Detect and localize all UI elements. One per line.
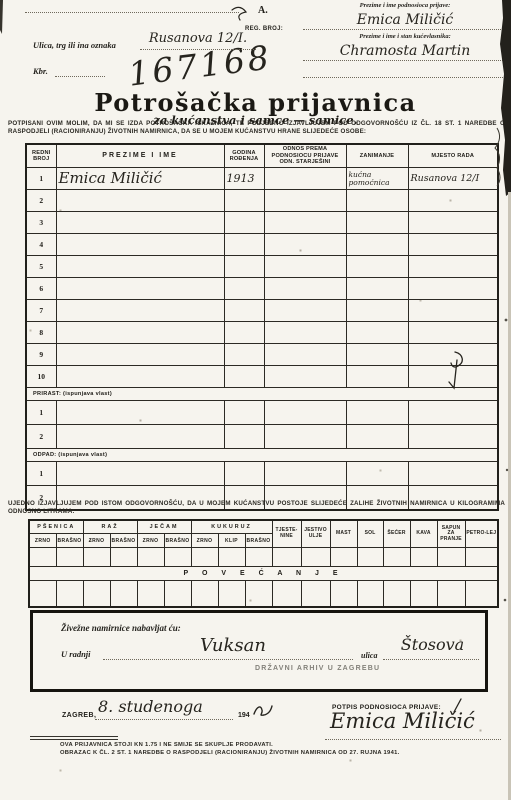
header-right-block: Prezime i ime podnosioca prijave: Emica … — [303, 2, 507, 78]
table-row: 2 — [26, 190, 498, 212]
signature-handwritten: Emica Miličić — [330, 709, 475, 733]
year-pen-mark — [252, 700, 274, 720]
col-header-prezime-ime: PREZIME I IME — [56, 144, 224, 168]
street-label: Ulica, trg ili ina oznaka — [33, 40, 116, 50]
street-handwritten: Rusanova 12/I. — [140, 31, 256, 50]
table-row: 1 — [26, 401, 498, 425]
col-secer: ŠEĆER — [383, 520, 410, 548]
supplies-empty-row — [29, 581, 498, 608]
row-number: 1 — [26, 168, 56, 190]
signature-blank-line — [325, 739, 501, 740]
table-row: 7 — [26, 300, 498, 322]
persons-table: REDNI BROJ PREZIME I IME GODINA ROĐENJA … — [25, 143, 499, 511]
cell-relation — [264, 168, 346, 190]
persons-header-row: REDNI BROJ PREZIME I IME GODINA ROĐENJA … — [26, 144, 498, 168]
col-group-jecam: JEČAM — [137, 520, 191, 534]
row-number: 5 — [26, 256, 56, 278]
povecanje-label: P O V E Ć A N J E — [29, 567, 498, 581]
table-row: 8 — [26, 322, 498, 344]
footer-separator-line — [30, 736, 118, 740]
col-sol: SOL — [357, 520, 383, 548]
date-blank-line — [95, 719, 233, 720]
archive-stamp: DRŽAVNI ARHIV U ZAGREBU — [255, 665, 380, 672]
supplies-group-header-row: PŠENICA RAŽ JEČAM KUKURUZ TJESTE-NINE JE… — [29, 520, 498, 534]
col-group-raz: RAŽ — [83, 520, 137, 534]
col-sub-brasno: BRAŠNO — [164, 534, 191, 548]
paper-speckles — [0, 0, 1, 1]
house-number-blank-line — [55, 76, 105, 77]
col-header-mjesto-rada: MJESTO RADA — [408, 144, 498, 168]
shop-name-handwritten: Vuksan — [128, 635, 338, 659]
povecanje-band: P O V E Ć A N J E — [29, 567, 498, 581]
blank-top-field-line — [25, 12, 239, 13]
cell-name-handwritten: Emica Miličić — [56, 168, 224, 190]
footer-price-note: OVA PRIJAVNICA STOJI KN 1.75 I NE SMIJE … — [60, 742, 273, 748]
shop-street-label: ulica — [361, 651, 377, 660]
odpad-band: ODPAD: (ispunjava vlast) — [26, 449, 498, 462]
odpad-label: ODPAD: (ispunjava vlast) — [26, 449, 498, 462]
shop-heading: Živežne namirnice nabavljat ću: — [61, 623, 181, 633]
row-number: 10 — [26, 366, 56, 388]
date-handwritten: 8. studenoga — [98, 697, 203, 716]
col-jestivo-ulje: JESTIVO ULJE — [301, 520, 330, 548]
table-row: 1 Emica Miličić 1913 kućna pomoćnica Rus… — [26, 168, 498, 190]
shop-blank-line — [103, 659, 353, 660]
col-sub-zrno: ZRNO — [137, 534, 164, 548]
cell-year-handwritten: 1913 — [224, 168, 264, 190]
applicant-name-handwritten: Emica Miličić — [303, 9, 507, 30]
cell-workplace-handwritten: Rusanova 12/I — [408, 168, 498, 190]
col-sub-brasno: BRAŠNO — [110, 534, 137, 548]
table-row: 1 — [26, 462, 498, 486]
shop-label: U radnji — [61, 649, 91, 659]
footer-legal-note: OBRAZAC K ČL. 2 ST. 1 NAREDBE O RASPODJE… — [60, 750, 400, 756]
shop-street-handwritten: Štosova — [385, 635, 480, 659]
col-sub-zrno: ZRNO — [191, 534, 218, 548]
row-number: 1 — [26, 401, 56, 425]
form-section-letter: A. — [258, 5, 268, 16]
row-number: 2 — [26, 190, 56, 212]
houseowner-handwritten: Chramosta Martin — [303, 40, 507, 61]
pen-flourish-mark — [232, 7, 246, 20]
shop-declaration-box: Živežne namirnice nabavljat ću: U radnji… — [30, 610, 488, 692]
year-printed: 194 — [238, 712, 250, 719]
declaration-paragraph: POTPISANI OVIM MOLIM, DA MI SE IZDA POTR… — [8, 120, 505, 135]
row-number: 1 — [26, 462, 56, 486]
table-row: 6 — [26, 278, 498, 300]
table-row: 5 — [26, 256, 498, 278]
col-group-psenica: PŠENICA — [29, 520, 83, 534]
col-kava: KAVA — [410, 520, 437, 548]
col-tjestenine: TJESTE-NINE — [272, 520, 301, 548]
row-number: 3 — [26, 212, 56, 234]
prirast-band: PRIRAST: (ispunjava vlast) — [26, 388, 498, 401]
table-row: 9 — [26, 344, 498, 366]
supplies-table: PŠENICA RAŽ JEČAM KUKURUZ TJESTE-NINE JE… — [28, 519, 499, 608]
row-number: 8 — [26, 322, 56, 344]
col-header-zanimanje: ZANIMANJE — [346, 144, 408, 168]
col-header-redni-broj: REDNI BROJ — [26, 144, 56, 168]
col-mast: MAST — [330, 520, 357, 548]
col-petrolej: PETRO-LEJ — [465, 520, 498, 548]
table-row: 2 — [26, 425, 498, 449]
col-sub-zrno: ZRNO — [29, 534, 56, 548]
supplies-empty-row — [29, 548, 498, 567]
houseowner-label: Prezime i ime i stan kućevlasnika: — [303, 33, 507, 40]
prirast-label: PRIRAST: (ispunjava vlast) — [26, 388, 498, 401]
row-number: 4 — [26, 234, 56, 256]
row-number: 6 — [26, 278, 56, 300]
table-row: 3 — [26, 212, 498, 234]
house-number-label: Kbr. — [33, 66, 48, 76]
col-sub-brasno: BRAŠNO — [245, 534, 272, 548]
row-number: 9 — [26, 344, 56, 366]
row-number: 7 — [26, 300, 56, 322]
city-label: ZAGREB, — [62, 712, 96, 719]
col-header-godina: GODINA ROĐENJA — [224, 144, 264, 168]
row-number: 2 — [26, 425, 56, 449]
col-sub-klip: KLIP — [218, 534, 245, 548]
shop-street-blank-line — [383, 659, 479, 660]
applicant-name-label: Prezime i ime podnosioca prijave: — [303, 2, 507, 9]
table-row: 10 — [26, 366, 498, 388]
supplies-declaration-paragraph: UJEDNO IZJAVLJUJEM POD ISTOM ODGOVORNOŠĆ… — [8, 500, 505, 515]
col-sapun: SAPUN ZA PRANJE — [437, 520, 465, 548]
col-header-odnos: ODNOS PREMA PODNOSIOCU PRIJAVE ODN. STAR… — [264, 144, 346, 168]
blank-field-line — [303, 61, 507, 78]
col-sub-zrno: ZRNO — [83, 534, 110, 548]
cell-occupation-handwritten: kućna pomoćnica — [346, 168, 408, 190]
col-sub-brasno: BRAŠNO — [56, 534, 83, 548]
col-group-kukuruz: KUKURUZ — [191, 520, 272, 534]
table-row: 4 — [26, 234, 498, 256]
